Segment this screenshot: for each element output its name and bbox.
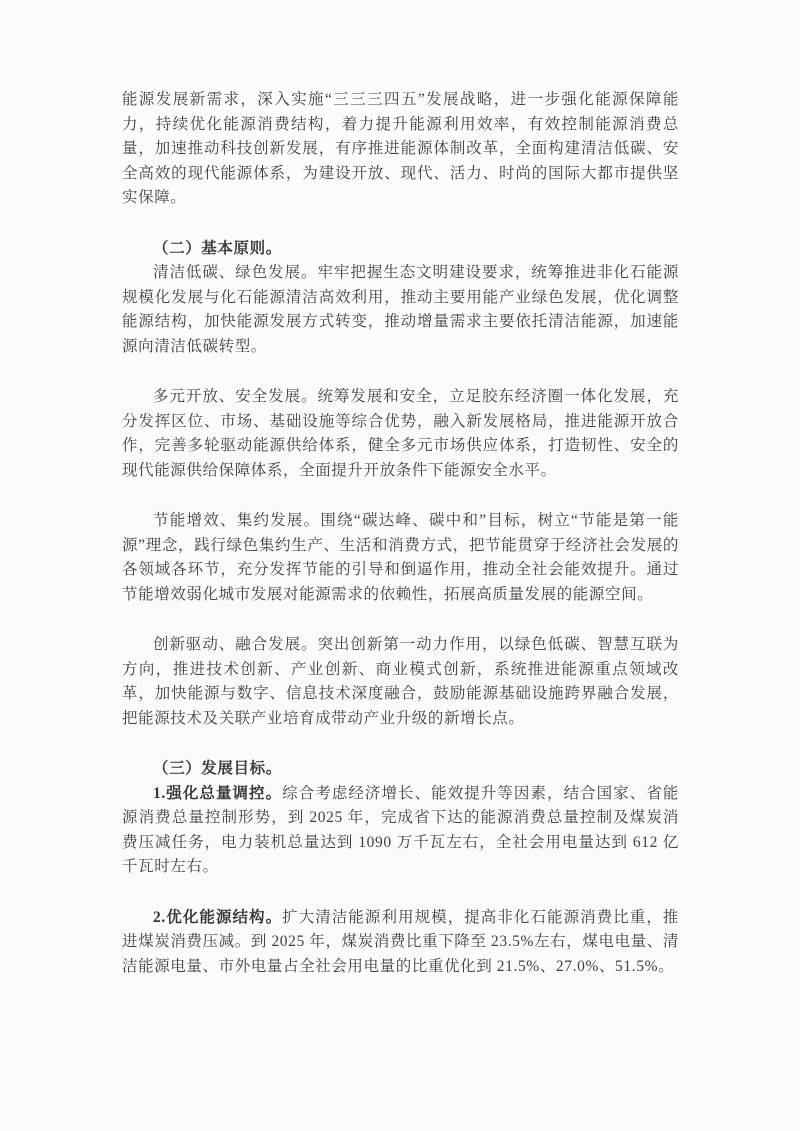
document-content: 能源发展新需求，深入实施“三三三四五”发展战略，进一步强化能源保障能力，持续优化… [0, 0, 800, 979]
document-page: 能源发展新需求，深入实施“三三三四五”发展战略，进一步强化能源保障能力，持续优化… [0, 0, 800, 1131]
paragraph-optimize-energy-structure: 2.优化能源结构。扩大清洁能源利用规模，提高非化石能源消费比重，推进煤炭消费压减… [122, 906, 679, 980]
paragraph-energy-demand-continuation: 能源发展新需求，深入实施“三三三四五”发展战略，进一步强化能源保障能力，持续优化… [122, 88, 679, 211]
paragraph-diversified-open-safe-development: 多元开放、安全发展。统筹发展和安全，立足胶东经济圈一体化发展，充分发挥区位、市场… [122, 385, 679, 483]
paragraph-clean-low-carbon-green-development: 清洁低碳、绿色发展。牢牢把握生态文明建设要求，统筹推进非化石能源规模化发展与化石… [122, 261, 679, 359]
paragraph-lead-total-volume-control: 1.强化总量调控。 [153, 785, 282, 802]
paragraph-lead-optimize-energy-structure: 2.优化能源结构。 [153, 909, 282, 926]
heading-development-goals: （三）发展目标。 [122, 757, 679, 782]
heading-basic-principles: （二）基本原则。 [122, 237, 679, 262]
paragraph-energy-saving-intensive-development: 节能增效、集约发展。围绕“碳达峰、碳中和”目标，树立“节能是第一能源”理念，践行… [122, 509, 679, 607]
paragraph-strengthen-total-volume-control: 1.强化总量调控。综合考虑经济增长、能效提升等因素，结合国家、省能源消费总量控制… [122, 782, 679, 880]
paragraph-innovation-driven-integrated-development: 创新驱动、融合发展。突出创新第一动力作用，以绿色低碳、智慧互联为方向，推进技术创… [122, 633, 679, 731]
